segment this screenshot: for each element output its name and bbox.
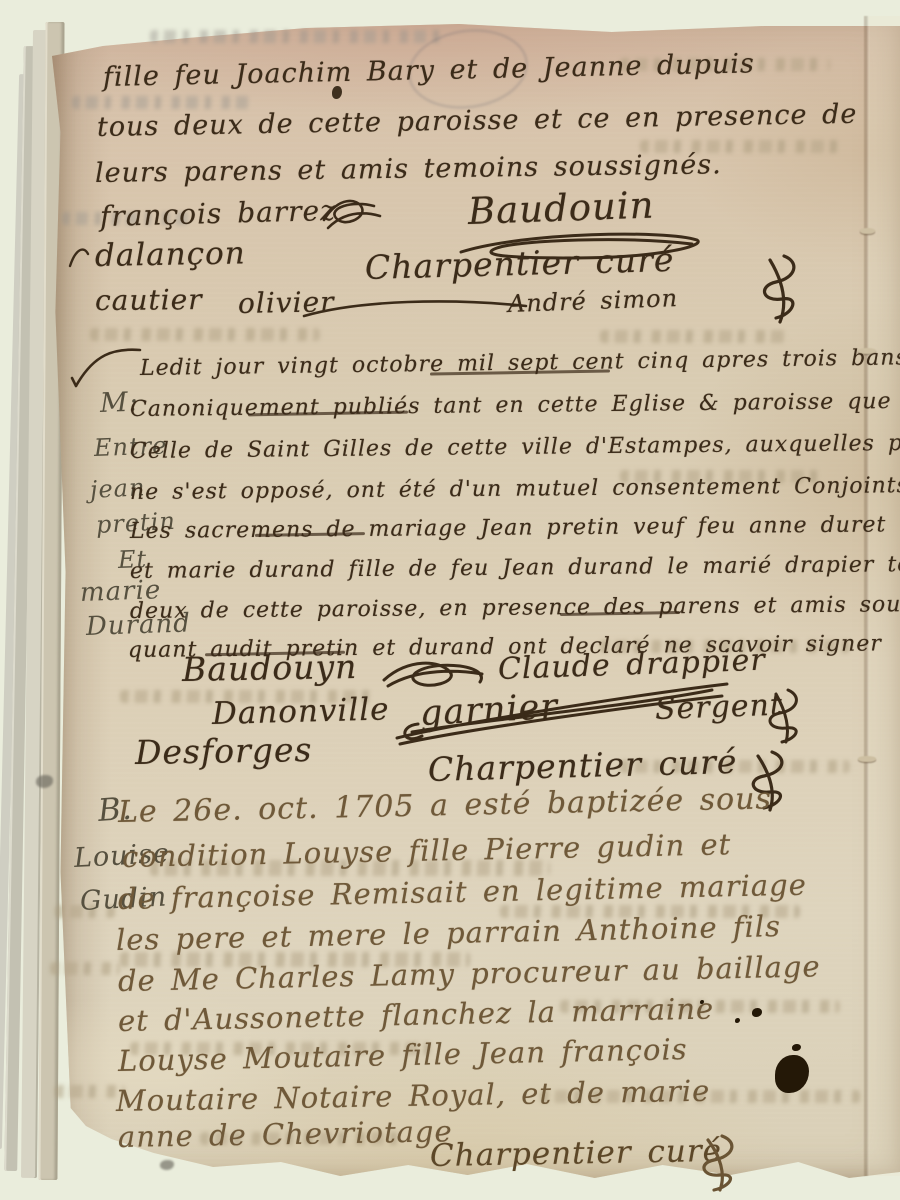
signature-baudouin: Baudouin (467, 184, 655, 233)
bleedthrough-text (50, 962, 120, 975)
margin-mark (66, 240, 92, 274)
signature-flourish (300, 296, 530, 322)
manuscript-photo: fille feu Joachim Bary et de Jeanne dupu… (0, 0, 900, 1200)
signature-paraph (318, 190, 384, 238)
signature-paraph (760, 686, 812, 744)
signature-dalancon: dalançon (95, 235, 246, 274)
signature-charpentier-cure: Charpentier curé (427, 742, 737, 789)
signature-andre-simon: André simon (508, 284, 679, 318)
binding-stitch (860, 228, 875, 234)
bleedthrough-text (600, 330, 790, 343)
intro-flourish (68, 344, 144, 390)
signature-cautier: cautier (95, 283, 203, 317)
smudge-mark (160, 1160, 174, 1170)
baptism-line: anne de Chevriotage (118, 1114, 453, 1154)
signature-paraph (694, 1132, 749, 1192)
signature-paraph (752, 252, 810, 324)
signature-desforges: Desforges (135, 730, 313, 772)
binding-stitch (858, 756, 876, 762)
signature-francois-barrez: françois barrez (100, 194, 337, 233)
signature-charpentier-cure: Charpentier curé (430, 1133, 723, 1174)
bleedthrough-text (90, 328, 320, 341)
signature-garnier: garnier (419, 687, 559, 734)
signature-danonville: Danonville (212, 691, 390, 732)
bleedthrough-text (150, 30, 450, 43)
bleedthrough-text (72, 96, 252, 109)
signature-charpentier-cure: Charpentier curé (364, 240, 674, 287)
bleedthrough-text (55, 1085, 125, 1098)
signature-baudouyn: Baudouyn (182, 647, 358, 689)
